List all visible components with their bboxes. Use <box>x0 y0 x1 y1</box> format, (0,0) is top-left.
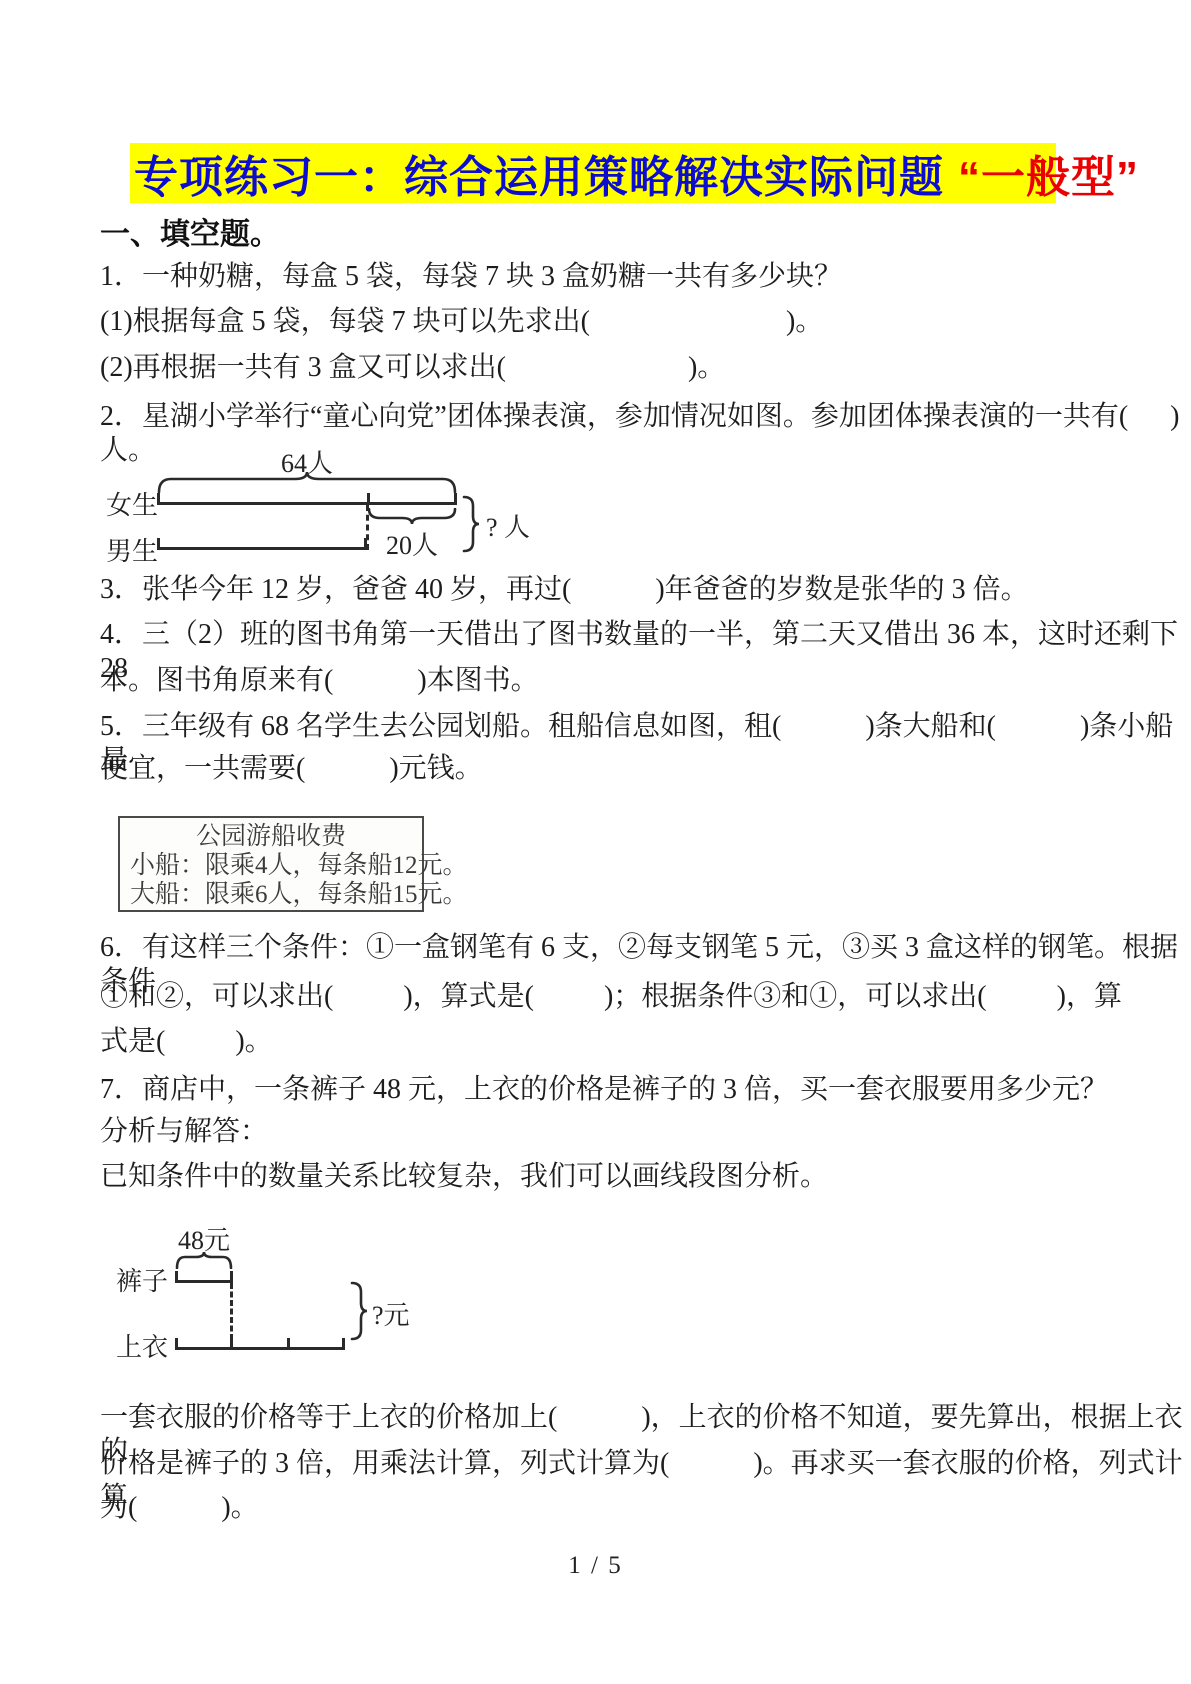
question-7-note: 已知条件中的数量关系比较复杂，我们可以画线段图分析。 <box>100 1160 828 1194</box>
top-bar <box>175 1338 345 1350</box>
question-price-label: ?元 <box>372 1295 410 1332</box>
title-banner: 专项练习一：综合运用策略解决实际问题 “一般型” <box>130 143 1056 203</box>
section-heading: 一、填空题。 <box>100 209 280 253</box>
over-brace-icon <box>175 1251 233 1269</box>
boat-fee-row-small: 小船：限乘4人，每条船12元。 <box>120 851 422 880</box>
top-bar-tick <box>230 1338 233 1350</box>
question-6-text-2: ①和②，可以求出( )，算式是( )；根据条件③和①，可以求出( )，算 <box>100 980 1122 1014</box>
question-1-blank-1: (1)根据每盒 5 袋，每袋 7 块可以先求出( )。 <box>100 305 823 339</box>
question-count-label: ? 人 <box>486 507 530 544</box>
question-6-text-3: 式是( )。 <box>100 1025 273 1059</box>
question-7-analysis-2: 价格是裤子的 3 倍，用乘法计算，列式计算为( )。再求买一套衣服的价格，列式计… <box>100 1447 1191 1515</box>
part-count-label: 20人 <box>367 525 457 562</box>
question-7-analysis-3: 为( )。 <box>100 1491 259 1525</box>
page-title: 专项练习一：综合运用策略解决实际问题 <box>130 141 944 205</box>
girls-row-label: 女生 <box>106 485 158 522</box>
right-brace-icon <box>462 495 482 553</box>
question-1-text: 1．一种奶糖，每盒 5 袋，每袋 7 块 3 盒奶糖一共有多少块？ <box>100 260 842 294</box>
girls-bar-tick <box>367 493 370 505</box>
question-3-text: 3．张华今年 12 岁，爸爸 40 岁，再过( )年爸爸的岁数是张华的 3 倍。 <box>100 573 1029 607</box>
boat-fee-title: 公园游船收费 <box>120 822 422 851</box>
under-brace-icon <box>367 508 457 526</box>
page-title-suffix: “一般型” <box>958 141 1139 205</box>
question-1-blank-2: (2)再根据一共有 3 盒又可以求出( )。 <box>100 351 725 385</box>
boat-fee-row-big: 大船：限乘6人，每条船15元。 <box>120 880 422 909</box>
boys-row-label: 男生 <box>106 531 158 568</box>
boat-fee-table: 公园游船收费 小船：限乘4人，每条船12元。 大船：限乘6人，每条船15元。 <box>118 816 424 912</box>
question-4-text-2: 本。图书角原来有( )本图书。 <box>100 664 539 698</box>
bar-diagram-students: 64人 女生 20人 男生 ? 人 <box>100 445 570 570</box>
page-number: 1 / 5 <box>0 1552 1191 1580</box>
bar-diagram-clothes: 48元 裤子 上衣 ?元 <box>100 1215 520 1365</box>
pants-bar <box>175 1271 233 1283</box>
girls-bar <box>157 493 457 505</box>
pants-row-label: 裤子 <box>116 1261 168 1298</box>
boys-bar <box>157 538 367 550</box>
question-7-text: 7．商店中，一条裤子 48 元，上衣的价格是裤子的 3 倍，买一套衣服要用多少元… <box>100 1073 1108 1107</box>
worksheet-page: 专项练习一：综合运用策略解决实际问题 “一般型” 一、填空题。 1．一种奶糖，每… <box>0 0 1191 1684</box>
dashed-guide-line <box>230 1283 233 1340</box>
question-7-subheading: 分析与解答： <box>100 1115 268 1149</box>
question-5-text-2: 便宜，一共需要( )元钱。 <box>100 752 483 786</box>
top-bar-tick <box>287 1338 290 1350</box>
right-brace-icon <box>350 1281 370 1341</box>
over-brace-icon <box>157 471 457 493</box>
top-row-label: 上衣 <box>116 1327 168 1364</box>
